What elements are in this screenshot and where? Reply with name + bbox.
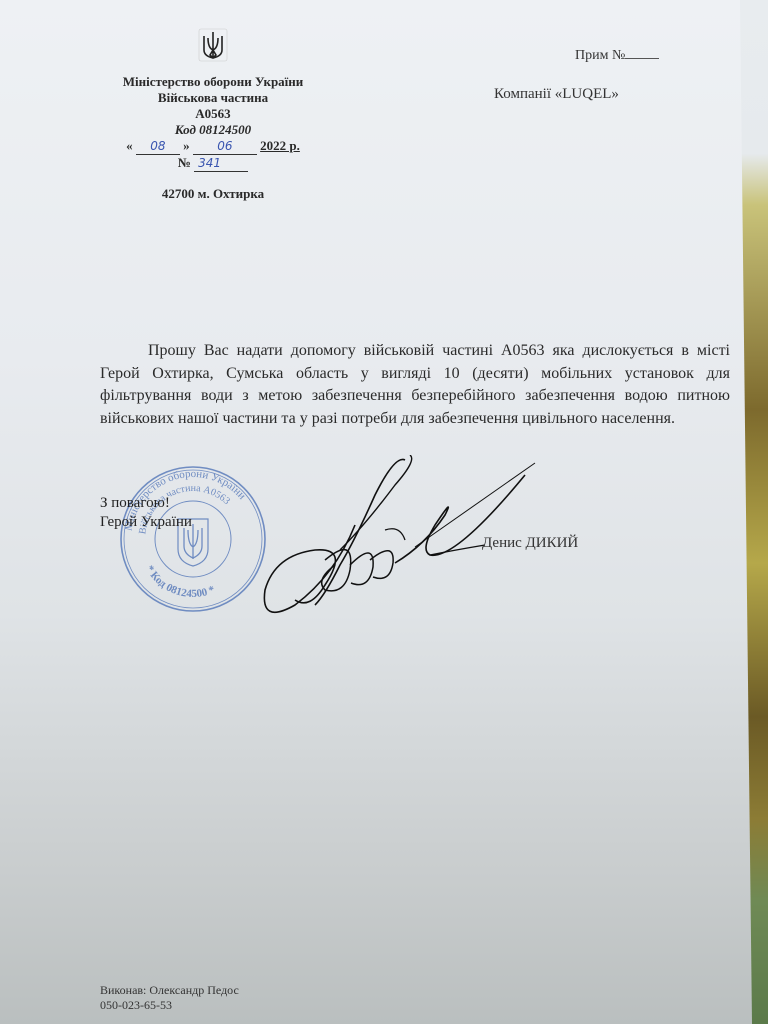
date-day: 08 xyxy=(150,139,165,153)
closing-line-title: Герой України xyxy=(100,513,192,532)
letter-body: Прошу Вас надати допомогу військовій час… xyxy=(100,340,730,430)
signer-name: Денис ДИКИЙ xyxy=(482,535,578,552)
date-open-quote: « xyxy=(126,138,133,153)
date-line: « 08 » 06 2022 р. xyxy=(100,138,326,155)
closing: З повагою! Герой України xyxy=(100,494,192,532)
prim-number: Прим № xyxy=(575,46,659,64)
svg-text:* Код 08124500 *: * Код 08124500 * xyxy=(143,564,217,601)
number-value: 341 xyxy=(198,156,221,170)
prim-label: Прим № xyxy=(575,48,625,63)
recipient: Компанії «LUQEL» xyxy=(494,86,619,103)
document-page: Міністерство оборони України Військова ч… xyxy=(0,0,752,1024)
closing-line-regards: З повагою! xyxy=(100,494,192,513)
ministry-name: Міністерство оборони України xyxy=(100,74,326,90)
body-paragraph: Прошу Вас надати допомогу військовій час… xyxy=(100,340,730,430)
unit-code: A0563 xyxy=(100,106,326,122)
city-line: 42700 м. Охтирка xyxy=(100,186,326,202)
letterhead: Міністерство оборони України Військова ч… xyxy=(100,28,326,202)
date-year: 2022 р. xyxy=(260,138,300,153)
executor-name: Виконав: Олександр Педос xyxy=(100,983,239,998)
code-line: Код 08124500 xyxy=(100,122,326,138)
number-label: № xyxy=(178,155,191,170)
number-line: № 341 xyxy=(100,155,326,172)
date-close-quote: » xyxy=(183,138,190,153)
unit-label: Військова частина xyxy=(100,90,326,106)
executor-block: Виконав: Олександр Педос 050-023-65-53 xyxy=(100,983,239,1013)
executor-phone: 050-023-65-53 xyxy=(100,998,239,1013)
trident-icon xyxy=(198,28,228,66)
official-stamp: Міністерство оборони України Військова ч… xyxy=(118,464,268,614)
date-month: 06 xyxy=(217,139,232,153)
prim-blank xyxy=(625,46,659,59)
